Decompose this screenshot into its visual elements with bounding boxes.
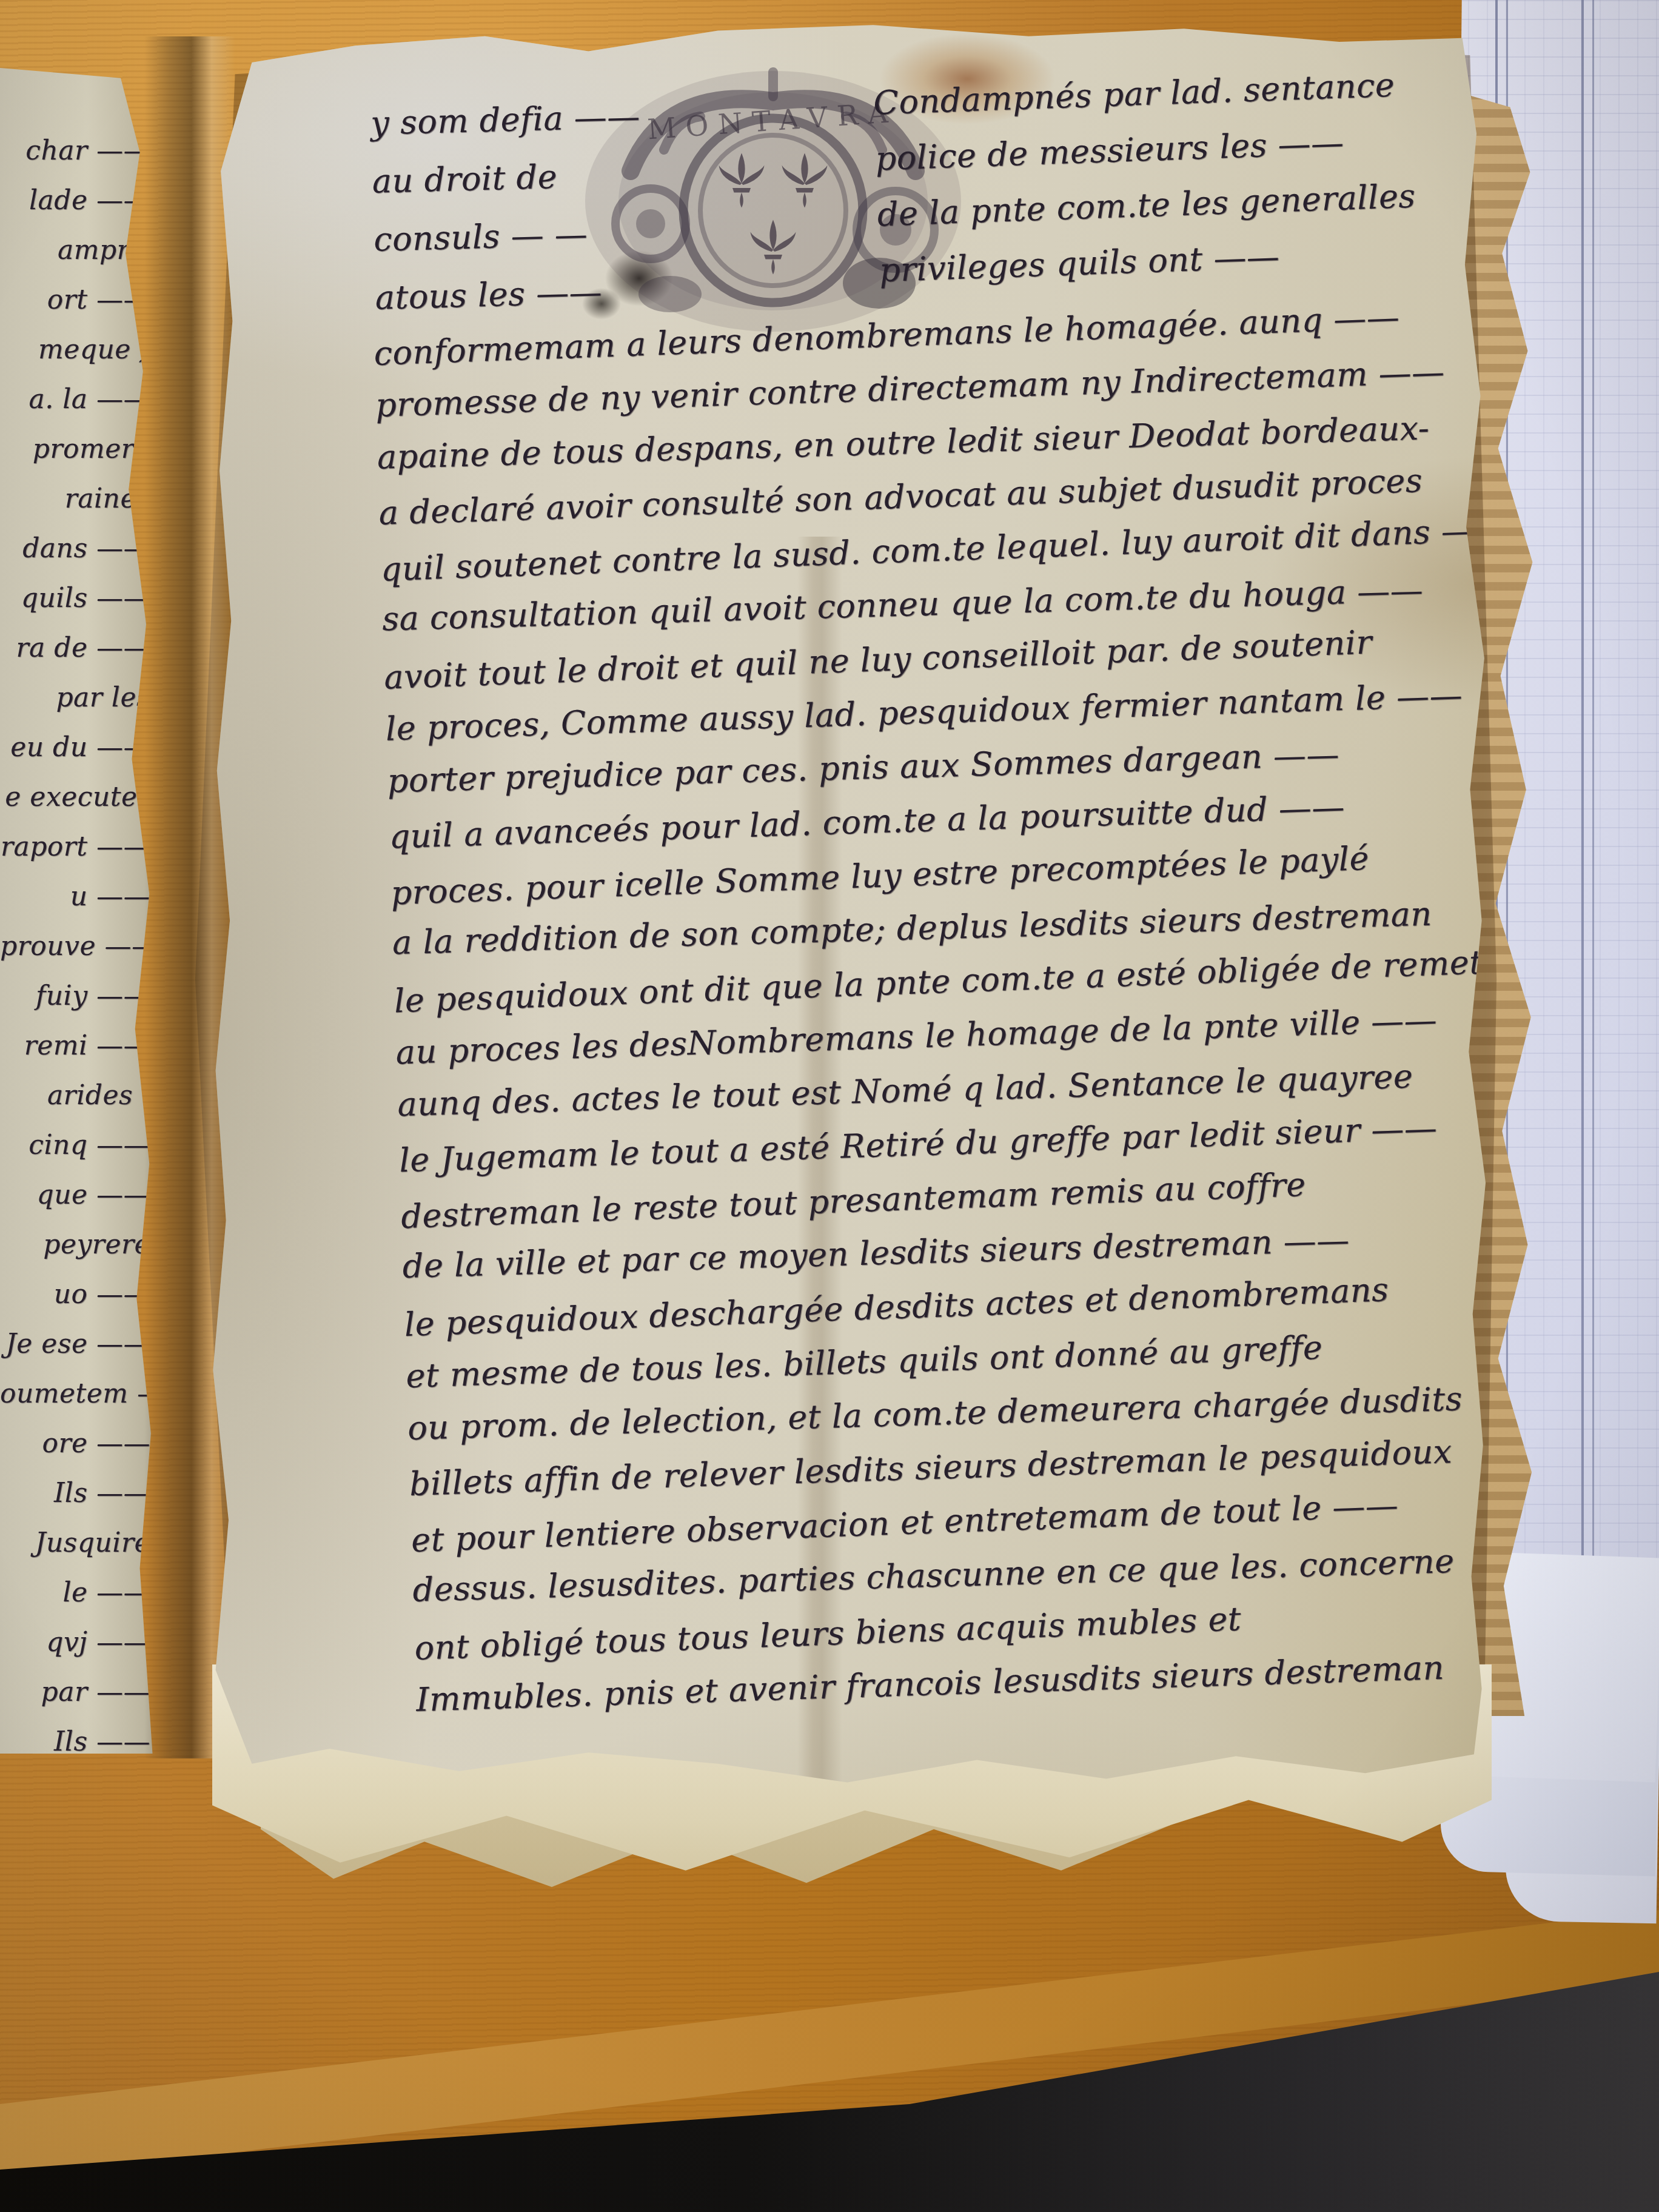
manuscript-body: conformemam a leurs denombremans le homa… bbox=[373, 290, 1520, 1727]
verso-fragment: peyrere bbox=[0, 1220, 150, 1270]
verso-fragment: cinq —— bbox=[0, 1121, 150, 1170]
verso-fragment: e executer bbox=[0, 773, 150, 822]
verso-fragment: u —— bbox=[0, 872, 150, 922]
header-left-block: y som defia —— au droit de consuls — — a… bbox=[370, 87, 645, 327]
verso-fragment: par —— bbox=[0, 1667, 150, 1717]
verso-fragment: fuiy —— bbox=[0, 971, 150, 1021]
verso-fragment: a. la —— bbox=[0, 375, 150, 424]
photo-of-manuscript: char —— lade —— ampne ort —— meque ) a. … bbox=[0, 0, 1659, 2212]
manuscript-line: consuls — — bbox=[373, 204, 644, 269]
verso-fragment: Ils —— bbox=[0, 1469, 150, 1518]
verso-page: char —— lade —— ampne ort —— meque ) a. … bbox=[0, 68, 159, 1754]
verso-fragment: lade —— bbox=[0, 176, 150, 226]
verso-fragment: raines bbox=[0, 474, 150, 524]
verso-fragment: que —— bbox=[0, 1170, 150, 1220]
verso-fragment: promera bbox=[0, 424, 150, 474]
verso-fragment: char —— bbox=[0, 126, 150, 176]
binding-gutter-shadow bbox=[144, 36, 235, 1758]
verso-fragment: oumetem —— bbox=[0, 1369, 150, 1419]
verso-fragment: eu du —— bbox=[0, 723, 150, 773]
manuscript-page: MONTAVRA y som defia —— au droit de cons… bbox=[200, 21, 1495, 1895]
manuscript-line: au droit de bbox=[372, 146, 643, 211]
verso-fragment: meque ) bbox=[0, 325, 150, 375]
verso-fragment: arides . bbox=[0, 1071, 150, 1121]
verso-fragment: qvj —— bbox=[0, 1618, 150, 1667]
verso-fragment: remi —— bbox=[0, 1021, 150, 1071]
verso-fragment: uo —— bbox=[0, 1270, 150, 1319]
verso-fragment: prouve —— bbox=[0, 922, 150, 971]
verso-fragment: ore —— bbox=[0, 1419, 150, 1469]
verso-fragment: ra de —— bbox=[0, 623, 150, 673]
manuscript-line: y som defia —— bbox=[370, 87, 641, 153]
header-right-block: Condampnés par lad. sentance police de m… bbox=[873, 55, 1486, 299]
verso-fragment: Jusquire bbox=[0, 1518, 150, 1568]
verso-fragment: quils —— bbox=[0, 574, 150, 623]
verso-fragment: raport —— bbox=[0, 822, 150, 872]
verso-fragment: dans —— bbox=[0, 524, 150, 574]
verso-fragment: le —— bbox=[0, 1568, 150, 1618]
verso-line-fragments: char —— lade —— ampne ort —— meque ) a. … bbox=[0, 126, 150, 1767]
verso-fragment: Je ese —— bbox=[0, 1319, 150, 1369]
verso-fragment: par les bbox=[0, 673, 150, 723]
verso-fragment: ort —— bbox=[0, 275, 150, 325]
